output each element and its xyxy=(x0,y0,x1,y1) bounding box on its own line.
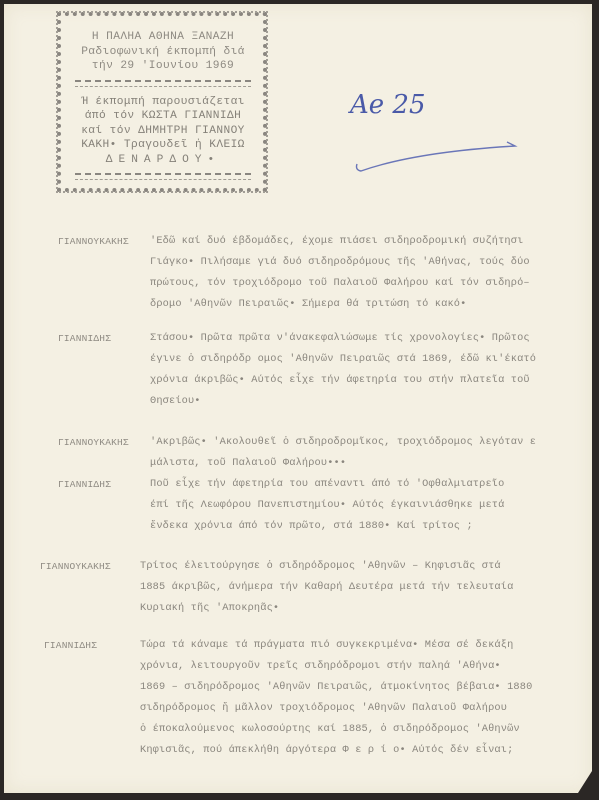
speech-block: Ποῦ εἶχε τήν άφετηρία του απέναντι άπό τ… xyxy=(150,474,504,537)
speech-line: Γιάγκο• Πιλήσαμε γιά δυό σιδηροδρόμους τ… xyxy=(150,252,530,273)
speech-line: 'Ακριβῶς• 'Ακολουθεῖ ὁ σιδηροδρομῖκος, τ… xyxy=(150,432,536,453)
speech-line: Θησείου• xyxy=(150,391,536,412)
speaker-label: ΓΙΑΝΝΟΥΚΑΚΗΣ xyxy=(58,236,129,247)
speech-line: ἕνδεκα χρόνια άπό τόν πρῶτο, στά 1880• Κ… xyxy=(150,516,504,537)
speech-block: Στάσου• Πρῶτα πρῶτα ν'άνακεφαλιώσωμε τίς… xyxy=(150,328,536,412)
speech-line: Τώρα τά κάναμε τά πράγματα πιό συγκεκριμ… xyxy=(140,635,532,656)
handwritten-note: Ae 25 xyxy=(350,90,426,120)
speech-line: Τρίτος έλειτούργησε ὁ σιδηρόδρομος 'Αθην… xyxy=(140,556,513,577)
speaker-label: ΓΙΑΝΝΙΔΗΣ xyxy=(44,640,97,651)
speech-line: πρώτους, τόν τροχιόδρομο τοῦ Παλαιοῦ Φαλ… xyxy=(150,273,530,294)
speech-block: 'Εδῶ καί δυό έβδομάδες, έχομε πιάσει σιδ… xyxy=(150,231,530,315)
program-subtitle-1: Ραδιοφωνική έκπομπή διά xyxy=(71,45,255,60)
presents-line-3: καί τόν ΔΗΜΗΤΡΗ ΓΙΑΝΝΟΥ xyxy=(71,124,255,139)
speech-block: 'Ακριβῶς• 'Ακολουθεῖ ὁ σιδηροδρομῖκος, τ… xyxy=(150,432,536,474)
speech-line: έπί τῆς Λεωφόρου Πανεπιστημίου• Αύτός έγ… xyxy=(150,495,504,516)
presents-line-5: ΔΕΝΑΡΔΟΥ• xyxy=(71,153,255,168)
speaker-label: ΓΙΑΝΝΟΥΚΑΚΗΣ xyxy=(58,437,129,448)
torn-corner xyxy=(578,771,592,793)
speech-line: 1869 – σιδηρόδρομος 'Αθηνῶν Πειραιῶς, άτ… xyxy=(140,677,532,698)
speech-line: Ποῦ εἶχε τήν άφετηρία του απέναντι άπό τ… xyxy=(150,474,504,495)
header-divider-bottom xyxy=(75,173,251,180)
speech-line: Στάσου• Πρῶτα πρῶτα ν'άνακεφαλιώσωμε τίς… xyxy=(150,328,536,349)
presents-line-2: άπό τόν ΚΩΣΤΑ ΓΙΑΝΝΙΔΗ xyxy=(71,109,255,124)
speech-line: χρόνια άκριβῶς• Αύτός εἶχε τήν άφετηρία … xyxy=(150,370,536,391)
speaker-label: ΓΙΑΝΝΟΥΚΑΚΗΣ xyxy=(40,561,111,572)
header-divider xyxy=(75,80,251,87)
program-subtitle-2: τήν 29 'Ιουνίου 1969 xyxy=(71,59,255,74)
speech-line: Κυριακή τῆς 'Αποκρηᾶς• xyxy=(140,598,513,619)
speech-block: Τρίτος έλειτούργησε ὁ σιδηρόδρομος 'Αθην… xyxy=(140,556,513,619)
speech-line: 'Εδῶ καί δυό έβδομάδες, έχομε πιάσει σιδ… xyxy=(150,231,530,252)
program-header-box: Η ΠΑΛΗΑ ΑΘΗΝΑ ΞΑΝΑΖΗ Ραδιοφωνική έκπομπή… xyxy=(57,12,267,192)
speech-block: Τώρα τά κάναμε τά πράγματα πιό συγκεκριμ… xyxy=(140,635,532,761)
speech-line: δρομο 'Αθηνῶν Πειραιῶς• Σήμερα θά τριτώσ… xyxy=(150,294,530,315)
speaker-label: ΓΙΑΝΝΙΔΗΣ xyxy=(58,479,111,490)
presents-line-1: Ή έκπομπή παρουσιάζεται xyxy=(71,95,255,110)
presents-line-4: ΚΑΚΗ• Τραγουδεῖ ἡ ΚΛΕΙΩ xyxy=(71,138,255,153)
speech-line: 1885 άκριβῶς, άνήμερα τήν Καθαρή Δευτέρα… xyxy=(140,577,513,598)
speech-line: έγινε ὁ σιδηρόδρ ομος 'Αθηνῶν Πειραιῶς σ… xyxy=(150,349,536,370)
speech-line: χρόνια, λειτουργοῦν τρεῖς σιδηρόδρομοι σ… xyxy=(140,656,532,677)
speech-line: ὁ έποκαλούμενος κωλοσούρτης καί 1885, ὁ … xyxy=(140,719,532,740)
speech-line: μάλιστα, τοῦ Παλαιοῦ Φαλήρου••• xyxy=(150,453,536,474)
speech-line: Κηφισιᾶς, πού άπεκλήθη άργότερα Φ ε ρ ί … xyxy=(140,740,532,761)
speaker-label: ΓΙΑΝΝΙΔΗΣ xyxy=(58,333,111,344)
handwritten-underline xyxy=(355,140,535,180)
speech-line: σιδηρόδρομος ἤ μᾶλλον τροχιόδρομος 'Αθην… xyxy=(140,698,532,719)
program-title: Η ΠΑΛΗΑ ΑΘΗΝΑ ΞΑΝΑΖΗ xyxy=(71,30,255,45)
